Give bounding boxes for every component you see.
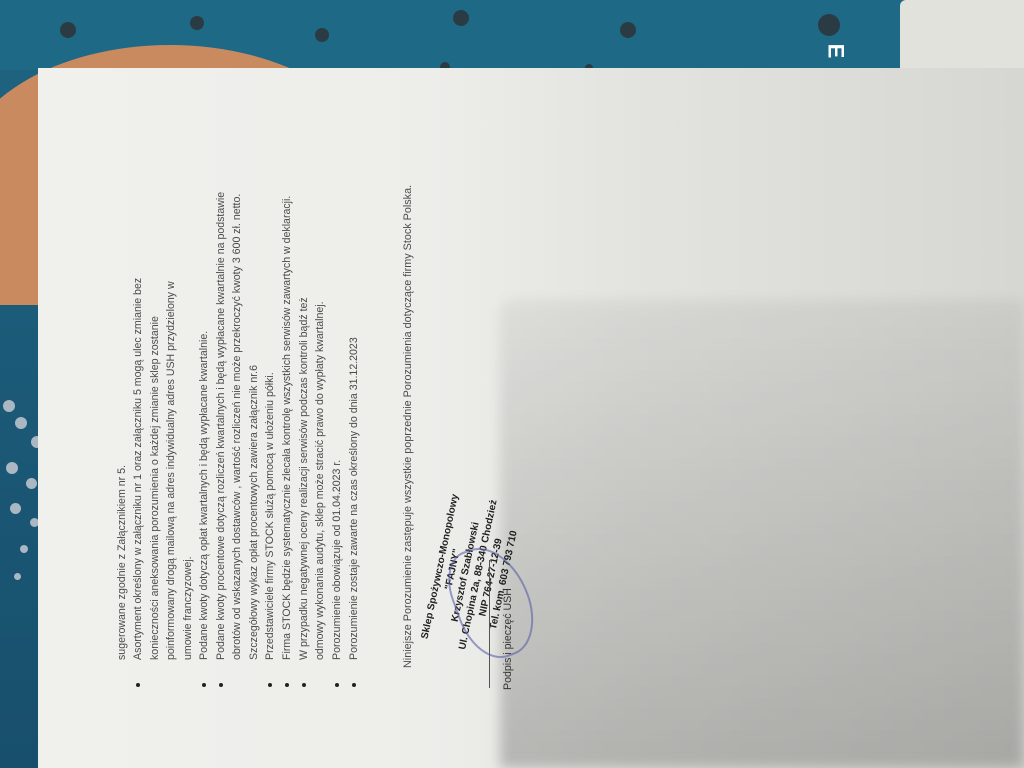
bullet-icon — [219, 683, 223, 687]
background-dot — [14, 573, 21, 580]
bullet-icon — [335, 683, 339, 687]
document-line: sugerowane zgodnie z Załącznikiem nr 5. — [116, 465, 128, 660]
signature-line — [489, 560, 490, 688]
bullet-icon — [302, 683, 306, 687]
background-dot — [20, 545, 28, 553]
document-line: Porozumienie zostaje zawarte na czas okr… — [348, 337, 360, 660]
shadow-overlay — [500, 300, 1024, 768]
background-dot — [10, 503, 21, 514]
bullet-icon — [285, 683, 289, 687]
bullet-icon — [202, 683, 206, 687]
document-line: Podane kwoty procentowe dotyczą rozlicze… — [215, 192, 227, 660]
bullet-icon — [268, 683, 272, 687]
document-line: Podane kwoty dotyczą opłat kwartalnych i… — [198, 331, 210, 660]
background-dot — [60, 22, 76, 38]
background-letter: E — [822, 44, 848, 59]
document-line: Szczegółowy wykaz opłat procentowych zaw… — [248, 365, 260, 660]
document-line: konieczności aneksowania porozumienia o … — [149, 316, 161, 660]
background-dot — [26, 478, 37, 489]
document-line: Przedstawiciele firmy STOCK służą pomocą… — [264, 372, 276, 660]
background-dot — [818, 14, 840, 36]
background-dot — [620, 22, 636, 38]
document-line: poinformowany drogą mailową na adres ind… — [165, 281, 177, 660]
background-dot — [6, 462, 18, 474]
document-line: obrotów od wskazanych dostawców , wartoś… — [231, 194, 243, 660]
document-line: W przypadku negatywnej oceny realizacji … — [298, 297, 310, 660]
bullet-icon — [352, 683, 356, 687]
document-line: Asortyment określony w załączniku nr 1 o… — [132, 278, 144, 660]
background-dot — [190, 16, 204, 30]
document-line: Porozumienie obowiązuje od 01.04.2023 r. — [331, 460, 343, 660]
bullet-icon — [136, 683, 140, 687]
background-dot — [453, 10, 469, 26]
closing-paragraph: Niniejsze Porozumienie zastępuje wszystk… — [402, 185, 414, 668]
signature-label: Podpis i pieczęć USH — [502, 588, 514, 690]
document-line: odmowy wykonania audytu, sklep może stra… — [314, 301, 326, 660]
background-dot — [15, 417, 27, 429]
background-dot — [3, 400, 15, 412]
background-card — [900, 0, 1024, 70]
document-line: umowie franczyzowej. — [182, 556, 194, 660]
background-dot — [315, 28, 329, 42]
document-line: Firma STOCK będzie systematycznie zlecał… — [281, 196, 293, 660]
